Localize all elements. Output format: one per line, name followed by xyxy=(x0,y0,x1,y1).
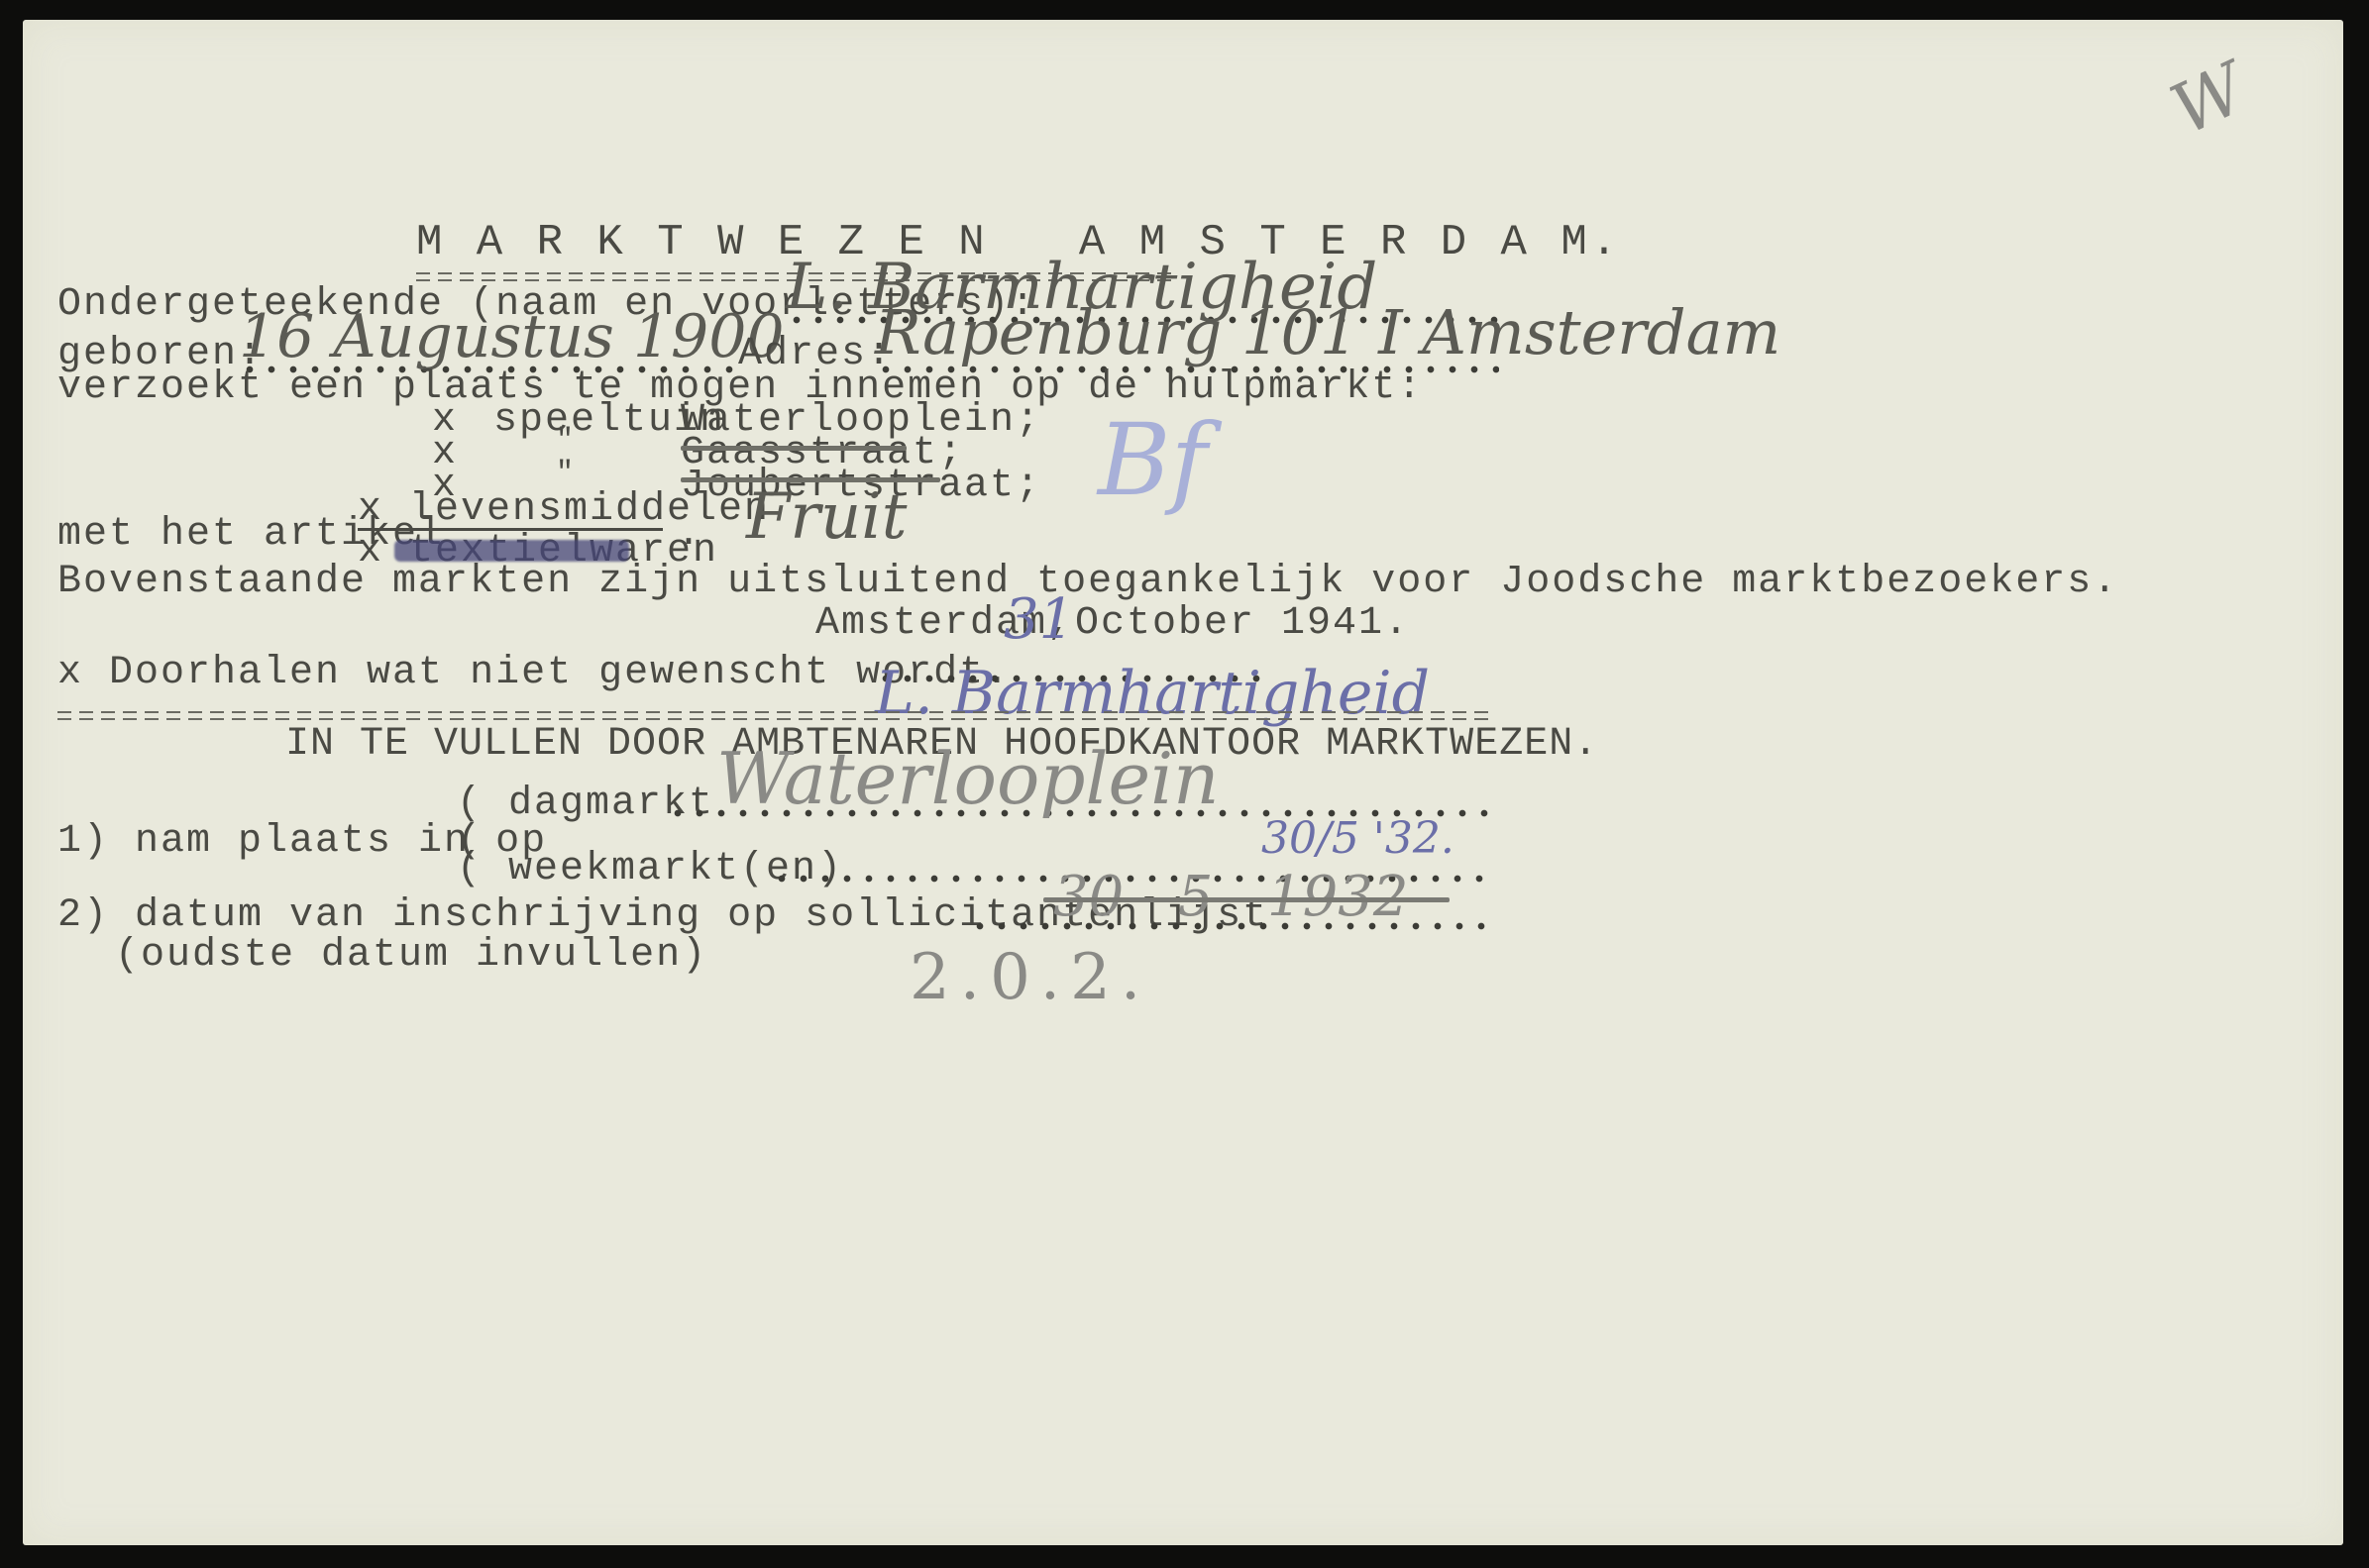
article-handwritten: Fruit xyxy=(746,485,907,549)
notice-text: Bovenstaande markten zijn uitsluitend to… xyxy=(57,563,2118,602)
section-divider xyxy=(57,709,1489,723)
item2-value-strikethrough xyxy=(1043,897,1450,902)
document-card: W M A R K T W E Z E N A M S T E R D A M.… xyxy=(23,20,2343,1545)
place-date-day: 31 xyxy=(1004,592,1074,648)
item1-option-2-handwritten: 30/5 '32. xyxy=(1261,817,1454,861)
address-value-handwritten: Rapenburg 101 I Amsterdam xyxy=(875,302,1780,364)
market-2-strikethrough xyxy=(681,446,907,451)
article-period: . xyxy=(677,515,702,555)
item1-option-1-handwritten: Waterlooplein xyxy=(716,743,1219,814)
item2-sublabel: (oudste datum invullen) xyxy=(115,936,707,976)
item1-option-2-label: ( weekmarkt(en) xyxy=(457,850,843,889)
born-value-handwritten: 16 Augustus 1900 xyxy=(239,307,785,366)
market-2-ditto: " xyxy=(556,426,576,456)
market-3-ditto: " xyxy=(556,459,576,488)
place-date-suffix: October 1941. xyxy=(1075,604,1410,644)
article-1: x levensmiddelen xyxy=(358,490,770,530)
article-2-blue-strikethrough xyxy=(394,540,629,562)
corner-pencil-mark: W xyxy=(2162,52,2256,146)
item1-option-1-label: ( dagmarkt xyxy=(457,784,714,824)
item2-number-pencil: 2.0.2. xyxy=(910,946,1150,1009)
pencil-note-blue: Bf xyxy=(1098,411,1208,510)
strike-note: x Doorhalen wat niet gewenscht wordt. xyxy=(57,654,1011,693)
